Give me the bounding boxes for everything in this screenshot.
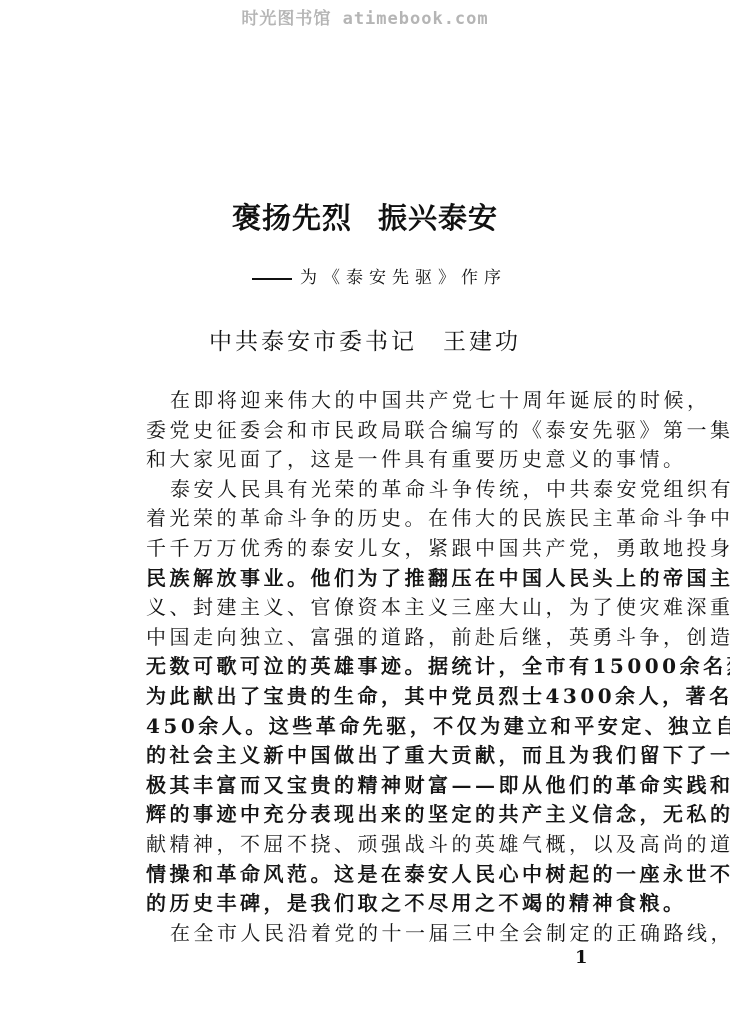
paragraph-line: 着光荣的革命斗争的历史。在伟大的民族民主革命斗争中， xyxy=(146,504,632,534)
body-text: 在即将迎来伟大的中国共产党七十周年诞辰的时候， 委党史征委会和市民政局联合编写的… xyxy=(146,386,632,948)
em-dash-rule xyxy=(252,278,292,280)
page-title: 褒扬先烈振兴泰安 xyxy=(0,196,730,237)
author-byline: 中共泰安市委书记王建功 xyxy=(0,323,730,356)
watermark: 时光图书馆 atimebook.com xyxy=(0,4,730,29)
paragraph-line: 中国走向独立、富强的道路，前赴后继，英勇斗争，创造了 xyxy=(146,623,632,653)
paragraph-line: 义、封建主义、官僚资本主义三座大山，为了使灾难深重的 xyxy=(146,593,632,623)
title-part-2: 振兴泰安 xyxy=(378,201,498,235)
paragraph-line: 民族解放事业。他们为了推翻压在中国人民头上的帝国主 xyxy=(146,564,632,594)
paragraph-line: 千千万万优秀的泰安儿女，紧跟中国共产党，勇敢地投身于 xyxy=(146,534,632,564)
paragraph-line: 的社会主义新中国做出了重大贡献，而且为我们留下了一笔 xyxy=(146,741,632,771)
author-name: 王建功 xyxy=(443,329,521,355)
paragraph-line: 献精神，不屈不挠、顽强战斗的英雄气概，以及高尚的道德 xyxy=(146,830,632,860)
paragraph-line: 泰安人民具有光荣的革命斗争传统，中共泰安党组织有 xyxy=(146,475,632,505)
paragraph-line: 辉的事迹中充分表现出来的坚定的共产主义信念，无私的奉 xyxy=(146,800,632,830)
paragraph-line: 450余人。这些革命先驱，不仅为建立和平安定、独立自主 xyxy=(146,712,632,742)
author-position: 中共泰安市委书记 xyxy=(209,329,417,355)
paragraph-line: 委党史征委会和市民政局联合编写的《泰安先驱》第一集 xyxy=(146,416,632,446)
subtitle-text: 为《泰安先驱》作序 xyxy=(300,268,507,288)
title-part-1: 褒扬先烈 xyxy=(232,201,352,235)
page-number: 1 xyxy=(575,947,588,968)
paragraph-line: 在全市人民沿着党的十一届三中全会制定的正确路线， xyxy=(146,919,632,949)
paragraph-line: 和大家见面了，这是一件具有重要历史意义的事情。 xyxy=(146,445,632,475)
paragraph-line: 的历史丰碑，是我们取之不尽用之不竭的精神食粮。 xyxy=(146,889,632,919)
paragraph-line: 为此献出了宝贵的生命，其中党员烈士4300余人，著名烈士 xyxy=(146,682,632,712)
paragraph-line: 极其丰富而又宝贵的精神财富——即从他们的革命实践和光 xyxy=(146,771,632,801)
paragraph-line: 在即将迎来伟大的中国共产党七十周年诞辰的时候， xyxy=(146,386,632,416)
paragraph-line: 无数可歌可泣的英雄事迹。据统计，全市有15000余名烈士 xyxy=(146,652,632,682)
subtitle: 为《泰安先驱》作序 xyxy=(252,263,507,288)
paragraph-line: 情操和革命风范。这是在泰安人民心中树起的一座永世不灭 xyxy=(146,860,632,890)
